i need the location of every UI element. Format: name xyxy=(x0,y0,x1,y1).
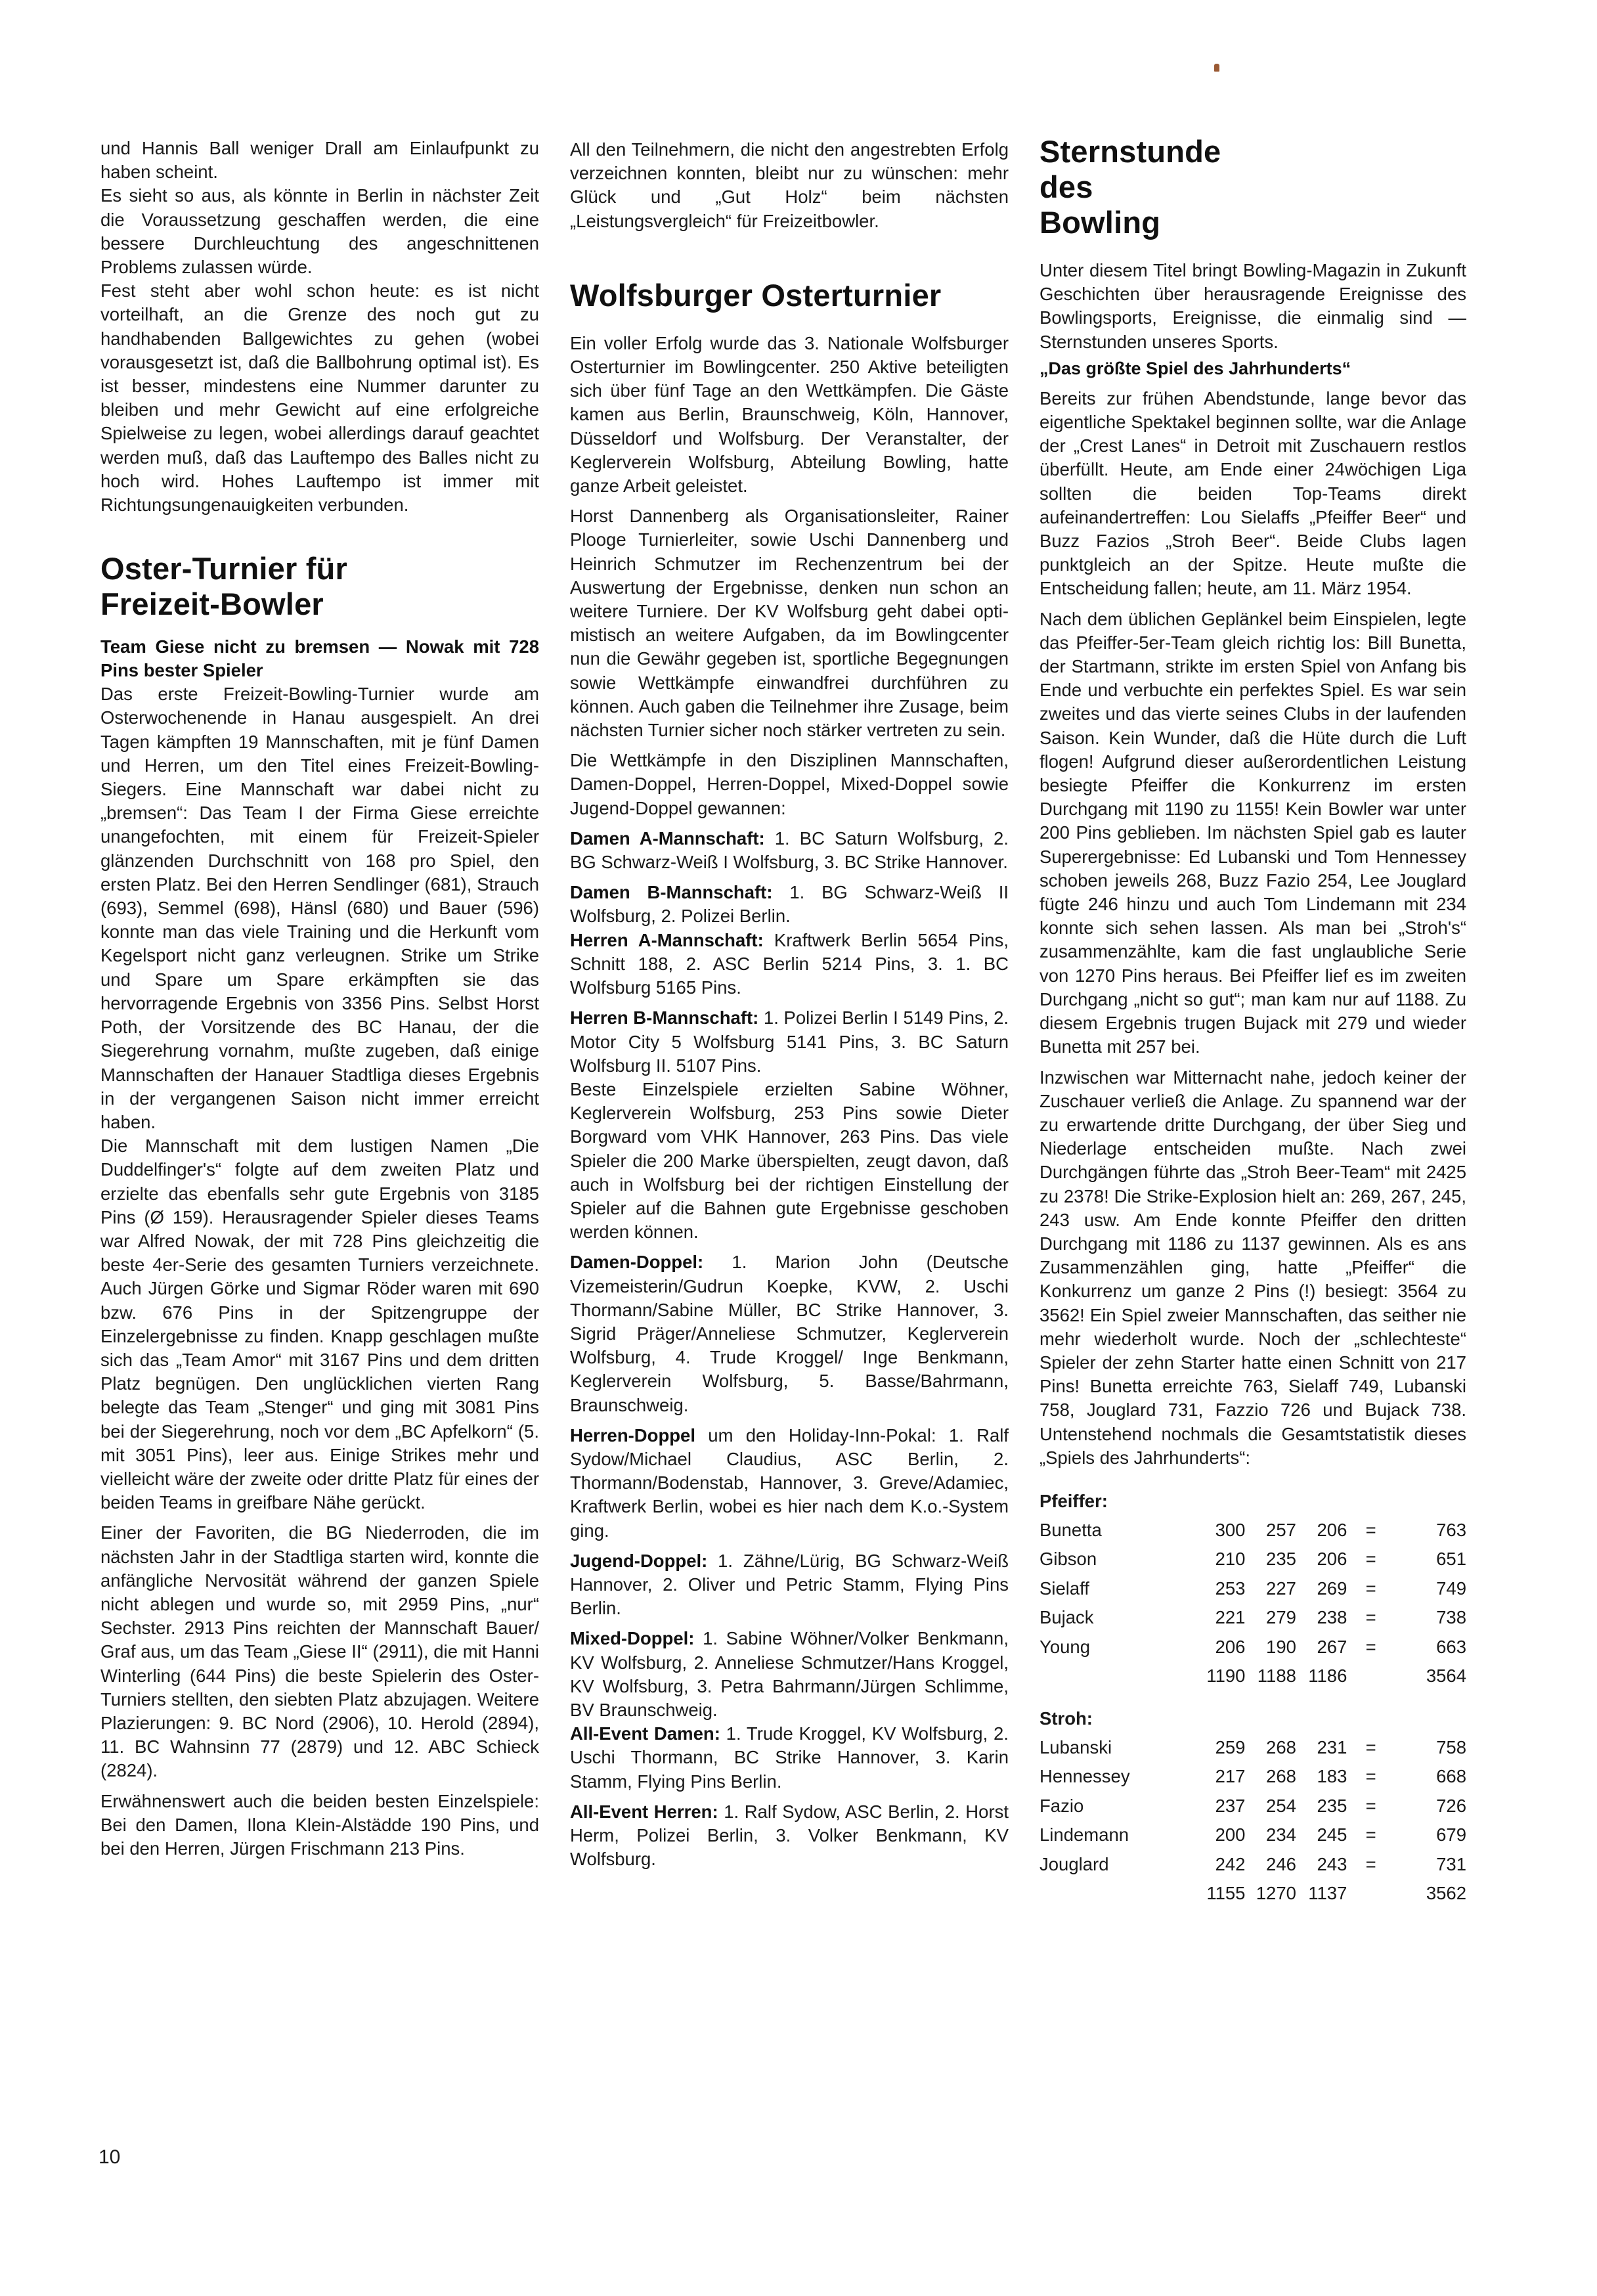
player-name: Young xyxy=(1039,1633,1194,1662)
body-paragraph: Es sieht so aus, als könnte in Berlin in… xyxy=(100,184,539,279)
game-3-total: 1186 xyxy=(1296,1662,1347,1691)
result-entry: Herren A-Mannschaft: Kraftwerk Berlin 56… xyxy=(570,929,1009,1000)
player-name: Lindemann xyxy=(1039,1821,1194,1850)
player-total: 749 xyxy=(1395,1574,1466,1604)
article-title-wolfsburger-osterturnier: Wolfsburger Osterturnier xyxy=(570,278,1009,313)
game-2-score: 234 xyxy=(1245,1821,1296,1850)
game-3-score: 269 xyxy=(1296,1574,1347,1604)
totals-row: 1155127011373562 xyxy=(1039,1879,1466,1909)
middle-column: All den Teilnehmern, die nicht den ange­… xyxy=(570,138,1009,1871)
player-name: Bujack xyxy=(1039,1603,1194,1633)
table-row: Bunetta300257206=763 xyxy=(1039,1516,1466,1545)
body-paragraph: Horst Dannenberg als Organisationsleiter… xyxy=(570,504,1009,742)
empty-cell xyxy=(1039,1879,1194,1909)
game-1-score: 206 xyxy=(1194,1633,1245,1662)
title-line: Sternstunde xyxy=(1039,134,1466,169)
result-entry: Mixed-Doppel: 1. Sabine Wöhner/Volker Be… xyxy=(570,1627,1009,1722)
game-3-score: 243 xyxy=(1296,1850,1347,1880)
ink-speck xyxy=(1214,64,1219,72)
game-3-score: 206 xyxy=(1296,1545,1347,1574)
game-3-score: 206 xyxy=(1296,1516,1347,1545)
score-table: Lubanski259268231=758Hennessey217268183=… xyxy=(1039,1733,1466,1909)
body-paragraph: Die Wettkämpfe in den Disziplinen Mann­s… xyxy=(570,749,1009,820)
game-3-score: 183 xyxy=(1296,1762,1347,1792)
body-paragraph: Ein voller Erfolg wurde das 3. Nationale… xyxy=(570,332,1009,498)
game-2-score: 268 xyxy=(1245,1762,1296,1792)
article-title-sternstunde: Sternstunde des Bowling xyxy=(1039,134,1466,240)
body-paragraph: Nach dem üblichen Geplänkel beim Einspie… xyxy=(1039,607,1466,1059)
equals-sign: = xyxy=(1347,1545,1395,1574)
result-entry: Herren B-Mannschaft: 1. Polizei Berlin I… xyxy=(570,1006,1009,1078)
result-category-label: All-Event Damen: xyxy=(570,1723,720,1744)
player-total: 679 xyxy=(1395,1821,1466,1850)
article-title-oster-turnier: Oster-Turnier für Freizeit-Bowler xyxy=(100,551,403,622)
game-1-total: 1155 xyxy=(1194,1879,1245,1909)
game-1-score: 300 xyxy=(1194,1516,1245,1545)
body-paragraph: Das erste Freizeit-Bowling-Turnier wurde… xyxy=(100,682,539,1134)
game-2-score: 227 xyxy=(1245,1574,1296,1604)
game-1-score: 210 xyxy=(1194,1545,1245,1574)
table-row: Jouglard242246243=731 xyxy=(1039,1850,1466,1880)
equals-sign: = xyxy=(1347,1516,1395,1545)
result-entry: Damen A-Mannschaft: 1. BC Saturn Wolfs­b… xyxy=(570,827,1009,874)
article-subtitle: „Das größte Spiel des Jahrhunderts“ xyxy=(1039,357,1466,380)
game-2-score: 254 xyxy=(1245,1792,1296,1821)
result-entry: All-Event Damen: 1. Trude Kroggel, KV Wo… xyxy=(570,1722,1009,1794)
result-text: 1. Marion John (Deutsche Vizemeisterin/G… xyxy=(570,1252,1009,1415)
table-row: Hennessey217268183=668 xyxy=(1039,1762,1466,1792)
player-total: 731 xyxy=(1395,1850,1466,1880)
player-name: Gibson xyxy=(1039,1545,1194,1574)
equals-sign: = xyxy=(1347,1574,1395,1604)
body-paragraph: Die Mannschaft mit dem lustigen Namen „D… xyxy=(100,1134,539,1514)
empty-cell xyxy=(1347,1879,1395,1909)
equals-sign: = xyxy=(1347,1762,1395,1792)
equals-sign: = xyxy=(1347,1733,1395,1763)
result-entry: Damen B-Mannschaft: 1. BG Schwarz-Weiß I… xyxy=(570,881,1009,928)
player-name: Fazio xyxy=(1039,1792,1194,1821)
result-category-label: Damen B-Mannschaft: xyxy=(570,882,773,902)
game-3-total: 1137 xyxy=(1296,1879,1347,1909)
title-line: Bowling xyxy=(1039,205,1466,240)
body-paragraph: All den Teilnehmern, die nicht den ange­… xyxy=(570,138,1009,233)
results-list: Damen A-Mannschaft: 1. BC Saturn Wolfs­b… xyxy=(570,827,1009,1872)
game-2-score: 257 xyxy=(1245,1516,1296,1545)
game-3-score: 231 xyxy=(1296,1733,1347,1763)
player-total: 726 xyxy=(1395,1792,1466,1821)
result-entry: Herren-Doppel um den Holiday-Inn-Pokal: … xyxy=(570,1424,1009,1543)
result-category-label: Herren B-Mannschaft: xyxy=(570,1007,758,1028)
article-subtitle: Team Giese nicht zu bremsen — Nowak mit … xyxy=(100,635,539,682)
game-1-score: 253 xyxy=(1194,1574,1245,1604)
game-2-total: 1188 xyxy=(1245,1662,1296,1691)
result-category-label: All-Event Herren: xyxy=(570,1801,718,1822)
result-text: Beste Einzelspiele erzielten Sabine Wöhn… xyxy=(570,1079,1009,1242)
game-3-score: 245 xyxy=(1296,1821,1347,1850)
game-3-score: 267 xyxy=(1296,1633,1347,1662)
player-total: 763 xyxy=(1395,1516,1466,1545)
result-category-label: Herren A-Mannschaft: xyxy=(570,930,764,950)
body-paragraph: Einer der Favoriten, die BG Niederroden,… xyxy=(100,1521,539,1782)
table-row: Gibson210235206=651 xyxy=(1039,1545,1466,1574)
player-name: Hennessey xyxy=(1039,1762,1194,1792)
equals-sign: = xyxy=(1347,1792,1395,1821)
player-name: Bunetta xyxy=(1039,1516,1194,1545)
title-line: des xyxy=(1039,169,1466,205)
left-column: und Hannis Ball weniger Drall am Einlauf… xyxy=(100,137,539,1861)
table-row: Sielaff253227269=749 xyxy=(1039,1574,1466,1604)
result-entry: All-Event Herren: 1. Ralf Sydow, ASC Ber… xyxy=(570,1800,1009,1872)
game-2-score: 190 xyxy=(1245,1633,1296,1662)
empty-cell xyxy=(1039,1662,1194,1691)
result-category-label: Mixed-Doppel: xyxy=(570,1628,694,1648)
team-label: Stroh: xyxy=(1039,1704,1466,1733)
game-2-score: 246 xyxy=(1245,1850,1296,1880)
result-entry: Beste Einzelspiele erzielten Sabine Wöhn… xyxy=(570,1078,1009,1244)
result-entry: Jugend-Doppel: 1. Zähne/Lürig, BG Schwar… xyxy=(570,1549,1009,1621)
team-grand-total: 3562 xyxy=(1395,1879,1466,1909)
game-2-score: 268 xyxy=(1245,1733,1296,1763)
table-row: Bujack221279238=738 xyxy=(1039,1603,1466,1633)
team-label: Pfeiffer: xyxy=(1039,1487,1466,1516)
table-row: Lubanski259268231=758 xyxy=(1039,1733,1466,1763)
player-name: Jouglard xyxy=(1039,1850,1194,1880)
game-1-score: 200 xyxy=(1194,1821,1245,1850)
totals-row: 1190118811863564 xyxy=(1039,1662,1466,1691)
equals-sign: = xyxy=(1347,1633,1395,1662)
body-paragraph: Erwähnenswert auch die beiden besten Ein… xyxy=(100,1790,539,1861)
game-1-score: 221 xyxy=(1194,1603,1245,1633)
game-1-score: 259 xyxy=(1194,1733,1245,1763)
score-statistics: Pfeiffer:Bunetta300257206=763Gibson21023… xyxy=(1039,1487,1466,1909)
game-3-score: 235 xyxy=(1296,1792,1347,1821)
player-name: Sielaff xyxy=(1039,1574,1194,1604)
page-number: 10 xyxy=(98,2146,120,2169)
player-total: 758 xyxy=(1395,1733,1466,1763)
player-total: 668 xyxy=(1395,1762,1466,1792)
result-entry: Damen-Doppel: 1. Marion John (Deutsche V… xyxy=(570,1250,1009,1417)
player-total: 663 xyxy=(1395,1633,1466,1662)
table-row: Lindemann200234245=679 xyxy=(1039,1821,1466,1850)
team-grand-total: 3564 xyxy=(1395,1662,1466,1691)
result-category-label: Damen-Doppel: xyxy=(570,1252,703,1272)
result-category-label: Jugend-Doppel: xyxy=(570,1551,707,1571)
score-table: Bunetta300257206=763Gibson210235206=651S… xyxy=(1039,1516,1466,1691)
table-row: Young206190267=663 xyxy=(1039,1633,1466,1662)
game-3-score: 238 xyxy=(1296,1603,1347,1633)
body-paragraph: Inzwischen war Mitternacht nahe, jedoch … xyxy=(1039,1066,1466,1470)
player-name: Lubanski xyxy=(1039,1733,1194,1763)
equals-sign: = xyxy=(1347,1850,1395,1880)
body-paragraph: und Hannis Ball weniger Drall am Einlauf… xyxy=(100,137,539,184)
body-paragraph: Fest steht aber wohl schon heute: es ist… xyxy=(100,279,539,517)
game-1-score: 217 xyxy=(1194,1762,1245,1792)
empty-cell xyxy=(1347,1662,1395,1691)
body-paragraph: Bereits zur frühen Abendstunde, lange be… xyxy=(1039,387,1466,601)
player-total: 651 xyxy=(1395,1545,1466,1574)
game-1-total: 1190 xyxy=(1194,1662,1245,1691)
game-2-score: 279 xyxy=(1245,1603,1296,1633)
game-2-score: 235 xyxy=(1245,1545,1296,1574)
right-column: Sternstunde des Bowling Unter diesem Tit… xyxy=(1039,138,1466,1909)
result-category-label: Herren-Doppel xyxy=(570,1425,695,1446)
result-category-label: Damen A-Mannschaft: xyxy=(570,828,765,849)
game-2-total: 1270 xyxy=(1245,1879,1296,1909)
table-row: Fazio237254235=726 xyxy=(1039,1792,1466,1821)
game-1-score: 237 xyxy=(1194,1792,1245,1821)
game-1-score: 242 xyxy=(1194,1850,1245,1880)
player-total: 738 xyxy=(1395,1603,1466,1633)
intro-paragraph: Unter diesem Titel bringt Bowling-Magazi… xyxy=(1039,259,1466,354)
equals-sign: = xyxy=(1347,1603,1395,1633)
equals-sign: = xyxy=(1347,1821,1395,1850)
